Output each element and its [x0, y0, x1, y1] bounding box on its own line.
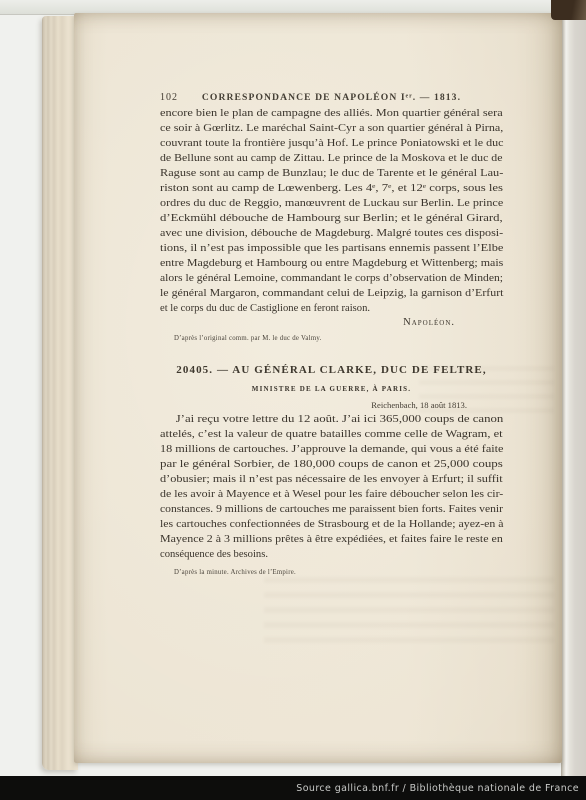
- text-column: 102 CORRESPONDANCE DE NAPOLÉON Iᵉʳ. — 18…: [160, 13, 503, 763]
- text-line: Mayence 2 à 3 millions prêtes à être exp…: [160, 532, 503, 547]
- page-number: 102: [160, 92, 178, 103]
- text-line: entre Magdeburg et Hambourg ou entre Mag…: [160, 256, 503, 271]
- text-line: ce soir à Gœrlitz. Le maréchal Saint-Cyr…: [160, 121, 503, 136]
- text-line: et le corps du duc de Castiglione en fer…: [160, 301, 370, 316]
- text-line: ordres du duc de Reggio, manœuvrent de L…: [160, 196, 503, 211]
- text-line: avec une division, débouche de Magdeburg…: [160, 226, 503, 241]
- text-line: Raguse sont au camp de Bunzlau; le duc d…: [160, 166, 503, 181]
- text-line: de les avoir à Mayence et à Wesel pour l…: [160, 487, 503, 502]
- text-line: riston sont au camp de Lœwenberg. Les 4ᵉ…: [160, 181, 503, 196]
- text-line: de Bellune sont au camp de Zittau. Le pr…: [160, 151, 502, 166]
- facing-page-edge: [561, 14, 586, 780]
- text-line: attelés, c’est la valeur de quatre batai…: [160, 427, 503, 442]
- letter-heading: 20405. — AU GÉNÉRAL CLARKE, DUC DE FELTR…: [160, 364, 503, 376]
- footer-bar: Source gallica.bnf.fr / Bibliothèque nat…: [0, 776, 586, 800]
- running-title: CORRESPONDANCE DE NAPOLÉON Iᵉʳ. — 1813.: [160, 92, 503, 103]
- letter-body: J’ai reçu votre lettre du 12 août. J’ai …: [160, 412, 503, 562]
- text-line: J’ai reçu votre lettre du 12 août. J’ai …: [160, 412, 503, 427]
- text-line: par le général Sorbier, de 180,000 coups…: [160, 457, 503, 472]
- source-note: D’après la minute. Archives de l’Empire.: [160, 569, 503, 576]
- letter-dateline: Reichenbach, 18 août 1813.: [160, 400, 503, 410]
- letter-signature: Napoléon.: [160, 317, 503, 328]
- previous-letter-body: encore bien le plan de campagne des alli…: [160, 106, 503, 316]
- text-line: d’Eckmühl débouche de Hambourg sur Berli…: [160, 211, 503, 226]
- text-line: le général Margaron, commandant celui de…: [160, 286, 503, 301]
- text-line: constances. 9 millions de cartouches me …: [160, 502, 503, 517]
- book-page-edges: [42, 16, 78, 770]
- book-scan-viewer: 102 CORRESPONDANCE DE NAPOLÉON Iᵉʳ. — 18…: [0, 0, 586, 800]
- text-line: d’obusier; mais il n’est pas nécessaire …: [160, 472, 503, 487]
- source-note: D’après l’original comm. par M. le duc d…: [160, 335, 503, 342]
- text-line: couvrant toute la frontière jusqu’à Hof.…: [160, 136, 503, 151]
- book-cover-corner: [551, 0, 586, 20]
- letter-subheading: MINISTRE DE LA GUERRE, À PARIS.: [160, 385, 503, 393]
- text-line: tions, il n’est pas impossible que les p…: [160, 241, 503, 256]
- text-line: 18 millions de cartouches. J’approuve la…: [160, 442, 503, 457]
- text-line: conséquence des besoins.: [160, 547, 268, 562]
- text-line: alors le général Lemoine, commandant le …: [160, 271, 503, 286]
- running-header: 102 CORRESPONDANCE DE NAPOLÉON Iᵉʳ. — 18…: [160, 92, 503, 106]
- text-line: les cartouches confectionnées de Strasbo…: [160, 517, 504, 532]
- text-line: encore bien le plan de campagne des alli…: [160, 106, 503, 121]
- footer-attribution: Source gallica.bnf.fr / Bibliothèque nat…: [296, 783, 579, 794]
- document-page: 102 CORRESPONDANCE DE NAPOLÉON Iᵉʳ. — 18…: [74, 13, 562, 763]
